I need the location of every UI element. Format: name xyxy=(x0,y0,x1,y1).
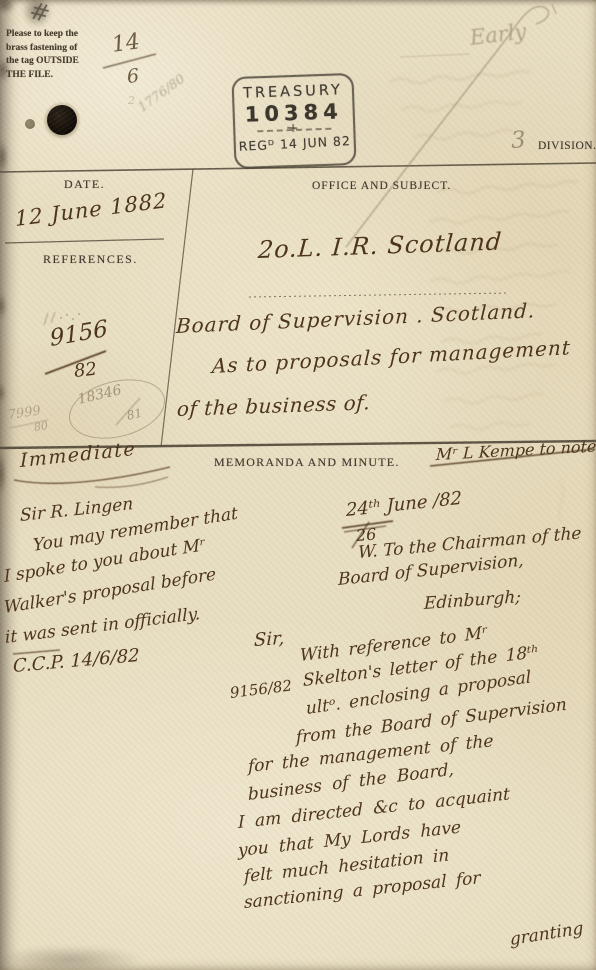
ink-dot xyxy=(25,119,35,129)
division-number: 3 xyxy=(510,127,526,154)
stamp-divider xyxy=(257,128,331,133)
edge-stain xyxy=(0,452,6,496)
keep-note-line: the tag OUTSIDE xyxy=(6,55,79,69)
punch-hole xyxy=(47,105,77,135)
reference-year: 82 xyxy=(73,359,98,382)
reference-number: 9156 xyxy=(49,316,109,352)
stamp-number: 10384 xyxy=(234,99,353,127)
urgency-note: Immediate xyxy=(20,438,136,472)
keep-note-line: THE FILE. xyxy=(6,69,79,83)
edge-stain xyxy=(0,0,16,14)
address-line: Edinburgh; xyxy=(424,587,521,614)
date-value: 12 June 1882 xyxy=(14,188,168,231)
keep-note-line: Please to keep the xyxy=(6,28,79,42)
treasury-stamp: TREASURY 10384 REGᴰ 14 JUN 82 xyxy=(231,73,356,169)
document-scan: # Please to keep the brass fastening of … xyxy=(0,0,596,970)
edge-stain xyxy=(0,945,144,970)
pencil-ref-year: 80 xyxy=(33,419,49,434)
struck-note: Mʳ L Kempe to note xyxy=(436,437,596,464)
file-fraction-small-mark: 2 xyxy=(128,94,135,107)
edge-stain xyxy=(0,293,6,319)
memoranda-label: MEMORANDA AND MINUTE. xyxy=(214,455,400,470)
file-fraction-denominator: 6 xyxy=(126,65,140,88)
date-label: DATE. xyxy=(64,177,105,192)
edge-stain xyxy=(0,383,5,403)
catchword: granting xyxy=(509,918,584,950)
subject-line: of the business of. xyxy=(176,390,371,421)
subject-line: Board of Supervision . Scotland. xyxy=(175,298,535,338)
salutation: Sir, xyxy=(254,628,285,651)
early-note: Early xyxy=(469,19,528,50)
edge-stain xyxy=(0,140,8,174)
embossed-ref: 1776/80 xyxy=(136,72,189,116)
minute-date: 24ᵗʰ June /82 xyxy=(346,488,462,521)
keep-note-line: brass fastening of xyxy=(6,42,79,56)
keep-note: Please to keep the brass fastening of th… xyxy=(6,28,79,82)
file-fraction-numerator: 14 xyxy=(110,29,141,58)
subject-label: OFFICE AND SUBJECT. xyxy=(312,180,451,192)
stamp-registered: REGᴰ 14 JUN 82 xyxy=(235,133,354,154)
margin-reference: 9156/82 xyxy=(229,676,293,701)
subject-line: As to proposals for management xyxy=(212,335,572,378)
minute-signoff: C.C.P. 14/6/82 xyxy=(13,645,140,677)
division-label: DIVISION. xyxy=(538,140,596,152)
minute-line: Sir R. Lingen xyxy=(20,494,134,526)
references-label: REFERENCES. xyxy=(43,252,138,267)
subject-heading: 2o.L. I.R. Scotland xyxy=(257,227,503,264)
